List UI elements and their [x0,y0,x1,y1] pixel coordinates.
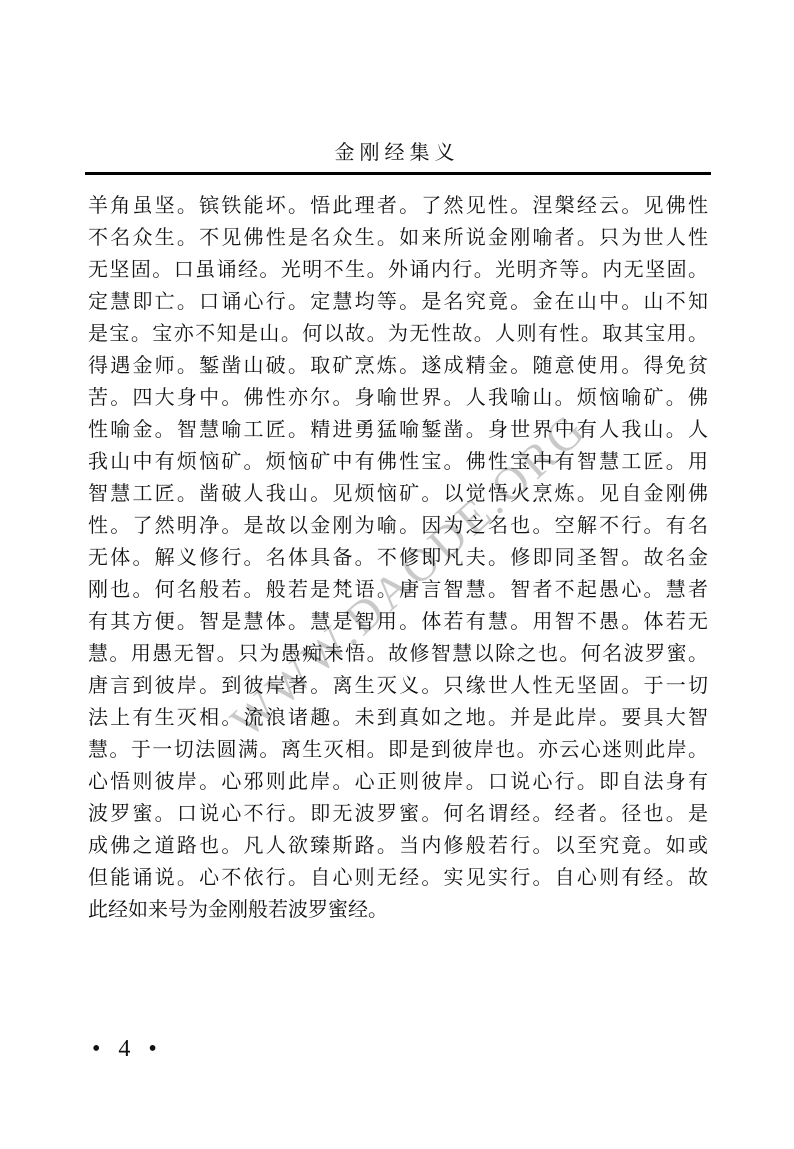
text-line: 无坚固。口虽诵经。光明不生。外诵内行。光明齐等。内无坚固。 [88,254,708,286]
text-line: 无体。解义修行。名体具备。不修即凡夫。修即同圣智。故名金 [88,542,708,574]
page-title: 金刚经集义 [335,142,460,164]
header-rule [85,172,711,175]
text-line: 我山中有烦恼矿。烦恼矿中有佛性宝。佛性宝中有智慧工匠。用 [88,446,708,478]
text-line: 性喻金。智慧喻工匠。精进勇猛喻錾凿。身世界中有人我山。人 [88,414,708,446]
text-line: 慧。于一切法圆满。离生灭相。即是到彼岸也。亦云心迷则此岸。 [88,734,708,766]
text-line: 智慧工匠。凿破人我山。见烦恼矿。以觉悟火烹炼。见自金刚佛 [88,478,708,510]
text-line: 得遇金师。錾凿山破。取矿烹炼。遂成精金。随意使用。得免贫 [88,350,708,382]
text-line: 刚也。何名般若。般若是梵语。唐言智慧。智者不起愚心。慧者 [88,574,708,606]
text-line: 波罗蜜。口说心不行。即无波罗蜜。何名谓经。经者。径也。是 [88,798,708,830]
text-line: 但能诵说。心不依行。自心则无经。实见实行。自心则有经。故 [88,862,708,894]
text-line: 苦。四大身中。佛性亦尔。身喻世界。人我喻山。烦恼喻矿。佛 [88,382,708,414]
text-line: 心悟则彼岸。心邪则此岸。心正则彼岸。口说心行。即自法身有 [88,766,708,798]
book-page: 金刚经集义 WWW.DAODE.ORG 羊角虽坚。镔铁能坏。悟此理者。了然见性。… [0,0,794,1149]
page-header: 金刚经集义 [0,136,794,165]
text-line: 不名众生。不见佛性是名众生。如来所说金刚喻者。只为世人性 [88,222,708,254]
text-line: 唐言到彼岸。到彼岸者。离生灭义。只缘世人性无坚固。于一切 [88,670,708,702]
text-line: 羊角虽坚。镔铁能坏。悟此理者。了然见性。涅槃经云。见佛性 [88,190,708,222]
text-line: 成佛之道路也。凡人欲臻斯路。当内修般若行。以至究竟。如或 [88,830,708,862]
body-text: 羊角虽坚。镔铁能坏。悟此理者。了然见性。涅槃经云。见佛性不名众生。不见佛性是名众… [88,190,708,926]
text-line: 法上有生灭相。流浪诸趣。未到真如之地。并是此岸。要具大智 [88,702,708,734]
text-line: 性。了然明净。是故以金刚为喻。因为之名也。空解不行。有名 [88,510,708,542]
text-line: 定慧即亡。口诵心行。定慧均等。是名究竟。金在山中。山不知 [88,286,708,318]
page-number: • 4 • [92,1036,163,1063]
text-line: 是宝。宝亦不知是山。何以故。为无性故。人则有性。取其宝用。 [88,318,708,350]
text-line: 有其方便。智是慧体。慧是智用。体若有慧。用智不愚。体若无 [88,606,708,638]
text-line: 此经如来号为金刚般若波罗蜜经。 [88,894,708,926]
text-line: 慧。用愚无智。只为愚痴未悟。故修智慧以除之也。何名波罗蜜。 [88,638,708,670]
